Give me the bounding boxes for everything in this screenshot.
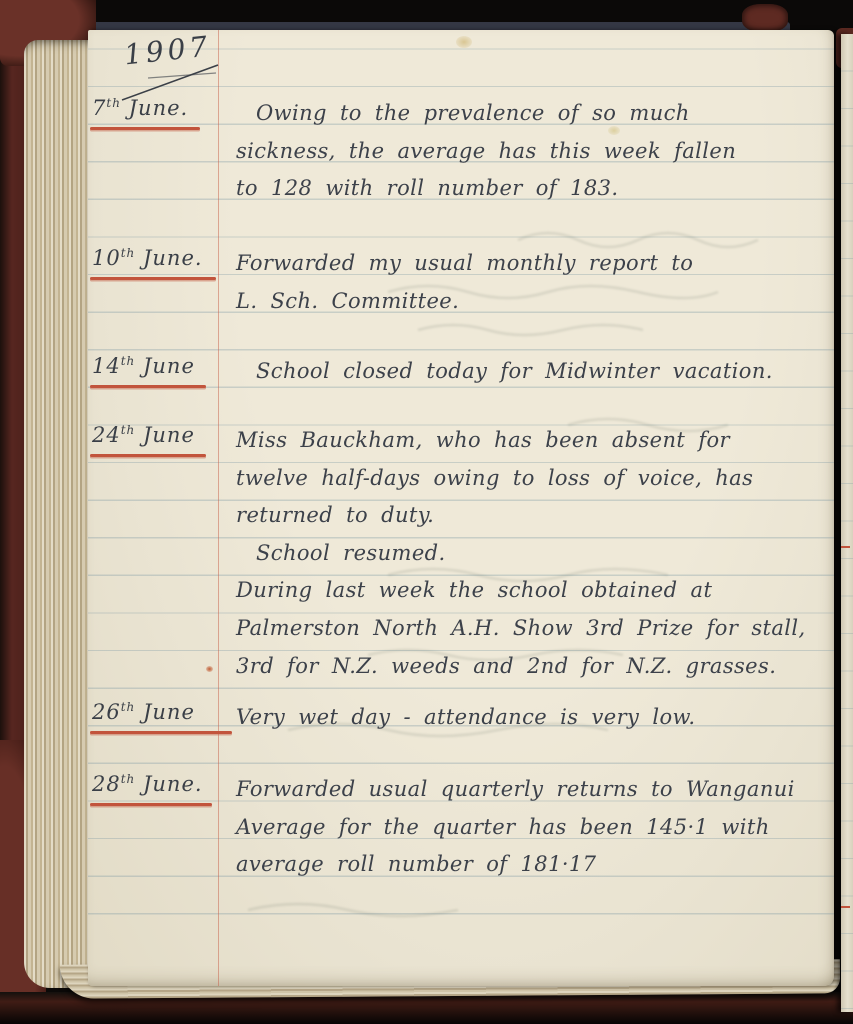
- entry-date-month: June.: [143, 772, 203, 796]
- entry-text-line: Forwarded my usual monthly report to: [236, 246, 832, 284]
- entry-date-red-underline: [90, 454, 206, 457]
- entry-text-line: returned to duty.: [236, 498, 832, 536]
- entry-date-day: 28: [92, 772, 121, 796]
- entry-text-line: Forwarded usual quarterly returns to Wan…: [236, 772, 832, 810]
- entry-text-line: L. Sch. Committee.: [236, 284, 832, 322]
- entry-date: 24th June: [92, 423, 230, 447]
- entry-text-line: Miss Bauckham, who has been absent for: [236, 423, 832, 461]
- entry-date-month: June.: [129, 96, 189, 120]
- entry-date-month: June.: [143, 246, 203, 270]
- entry-date: 26th June: [92, 700, 230, 724]
- entry-date-month: June: [143, 700, 195, 724]
- entry-date-ordinal: th: [121, 700, 136, 714]
- entry-date-day: 7: [92, 96, 106, 120]
- entry-date-red-underline: [90, 731, 232, 734]
- entry-text-line: Owing to the prevalence of so much: [236, 96, 832, 134]
- facing-page-red-mark: [841, 546, 850, 548]
- entry-date: 10th June.: [92, 246, 230, 270]
- entry-date-day: 10: [92, 246, 121, 270]
- entry-text-line: sickness, the average has this week fall…: [236, 134, 832, 172]
- entry-text: Forwarded my usual monthly report toL. S…: [236, 246, 832, 321]
- entry-date-month: June: [143, 423, 195, 447]
- logbook-photo: 1907 7th June. Owing to the prevalence o…: [0, 0, 853, 1024]
- entry-date: 28th June.: [92, 772, 230, 796]
- entry-text-line: During last week the school obtained at: [236, 573, 832, 611]
- entry-text: School closed today for Midwinter vacati…: [236, 354, 832, 392]
- book-cover-fragment: [742, 4, 788, 32]
- entry-text-line: twelve half-days owing to loss of voice,…: [236, 461, 832, 499]
- entry-text-line: to 128 with roll number of 183.: [236, 171, 832, 209]
- entry-text: Owing to the prevalence of so muchsickne…: [236, 96, 832, 209]
- entry-text-line: 3rd for N.Z. weeds and 2nd for N.Z. gras…: [236, 649, 832, 687]
- facing-page-red-mark: [841, 906, 850, 908]
- entry-text-line: Average for the quarter has been 145·1 w…: [236, 810, 832, 848]
- entry-date-red-underline: [90, 385, 206, 388]
- entry-date-ordinal: th: [121, 354, 136, 368]
- entry-date-red-underline: [90, 277, 216, 280]
- entry-date-month: June: [143, 354, 195, 378]
- entry-date-ordinal: th: [106, 96, 121, 110]
- page-stack-edge-left: [24, 40, 96, 988]
- entry-date-red-underline: [90, 127, 200, 130]
- entry-date-day: 24: [92, 423, 121, 447]
- entry-text-line: School resumed.: [236, 536, 832, 574]
- entry-date-ordinal: th: [121, 246, 136, 260]
- entry-text: Forwarded usual quarterly returns to Wan…: [236, 772, 832, 885]
- entry-date-ordinal: th: [121, 772, 136, 786]
- logbook-page: 1907 7th June. Owing to the prevalence o…: [88, 30, 834, 986]
- entry-date-red-underline: [90, 803, 212, 806]
- entry-text: Miss Bauckham, who has been absent fortw…: [236, 423, 832, 686]
- entry-text-line: average roll number of 181·17: [236, 847, 832, 885]
- entry-date: 7th June.: [92, 96, 230, 120]
- entry-text-line: Very wet day - attendance is very low.: [236, 700, 832, 738]
- entry-date-day: 14: [92, 354, 121, 378]
- entry-date: 14th June: [92, 354, 230, 378]
- entry-text: Very wet day - attendance is very low.: [236, 700, 832, 738]
- entry-text-line: Palmerston North A.H. Show 3rd Prize for…: [236, 611, 832, 649]
- entry-date-ordinal: th: [121, 423, 136, 437]
- entry-text-line: School closed today for Midwinter vacati…: [236, 354, 832, 392]
- entry-date-day: 26: [92, 700, 121, 724]
- facing-page-edge: [841, 34, 853, 1012]
- margin-rule: [218, 30, 219, 986]
- facing-page-ruling: [841, 34, 853, 1012]
